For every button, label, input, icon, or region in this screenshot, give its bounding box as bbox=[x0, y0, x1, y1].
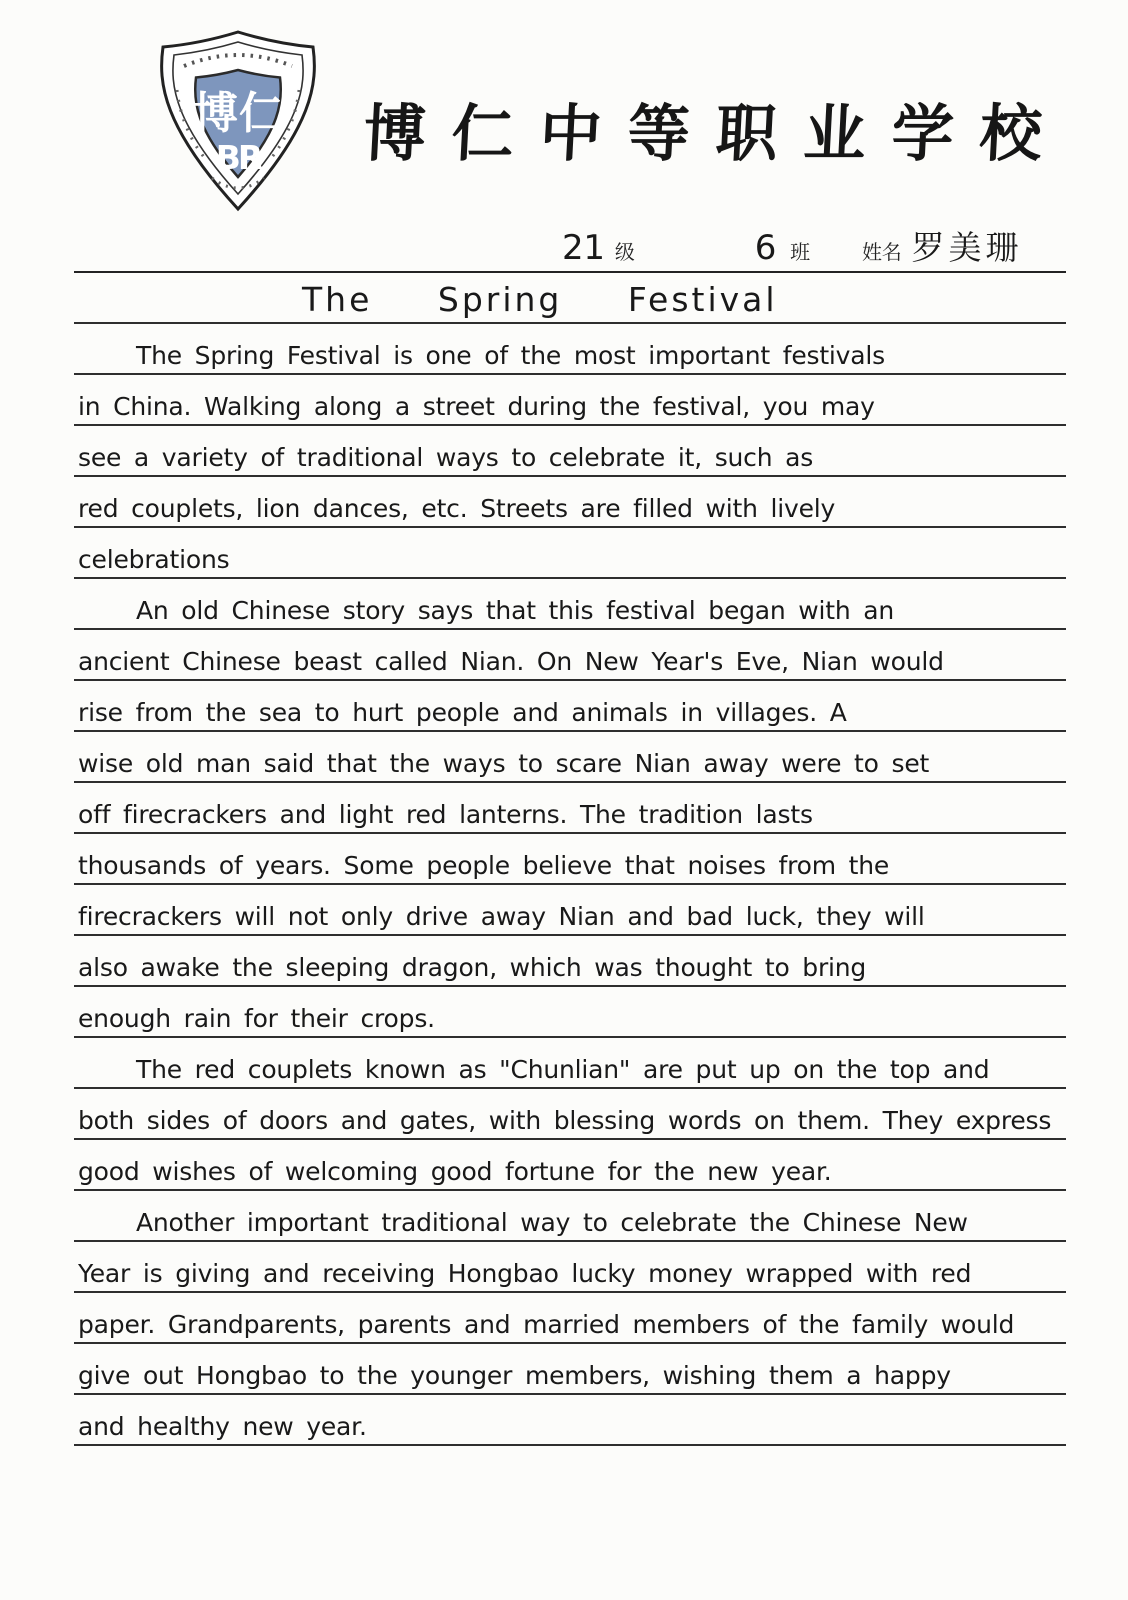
name-label: 姓名 bbox=[862, 236, 902, 265]
essay-line: Another important traditional way to cel… bbox=[74, 1191, 1066, 1242]
essay-line: celebrations bbox=[74, 528, 1066, 579]
essay-line: The Spring Festival is one of the most i… bbox=[74, 324, 1066, 375]
essay-line: ancient Chinese beast called Nian. On Ne… bbox=[74, 630, 1066, 681]
essay-line: firecrackers will not only drive away Ni… bbox=[74, 885, 1066, 936]
name-value: 罗美珊 bbox=[912, 222, 1023, 269]
essay-line: thousands of years. Some people believe … bbox=[74, 834, 1066, 885]
grade-value: 21 bbox=[562, 228, 605, 268]
essay-lines: The Spring Festival is one of the most i… bbox=[74, 324, 1066, 1446]
essay-line: also awake the sleeping dragon, which wa… bbox=[74, 936, 1066, 987]
essay-line: wise old man said that the ways to scare… bbox=[74, 732, 1066, 783]
ruled-sheet: 21 级 6 班 姓名 罗美珊 The Spring Festival The … bbox=[74, 222, 1066, 1446]
class-value: 6 bbox=[755, 228, 776, 268]
essay-title: The Spring Festival bbox=[302, 280, 778, 319]
crest-seal-characters: 博 bbox=[194, 88, 238, 139]
school-name-calligraphy: 博仁中等职业学校 bbox=[362, 84, 1071, 173]
essay-line: red couplets, lion dances, etc. Streets … bbox=[74, 477, 1066, 528]
essay-line: good wishes of welcoming good fortune fo… bbox=[74, 1140, 1066, 1191]
essay-line: give out Hongbao to the younger members,… bbox=[74, 1344, 1066, 1395]
essay-line: Year is giving and receiving Hongbao luc… bbox=[74, 1242, 1066, 1293]
essay-line: both sides of doors and gates, with bles… bbox=[74, 1089, 1066, 1140]
essay-title-row: The Spring Festival bbox=[74, 273, 1066, 324]
essay-line: rise from the sea to hurt people and ani… bbox=[74, 681, 1066, 732]
essay-line: The red couplets known as "Chunlian" are… bbox=[74, 1038, 1066, 1089]
essay-line: An old Chinese story says that this fest… bbox=[74, 579, 1066, 630]
essay-line: see a variety of traditional ways to cel… bbox=[74, 426, 1066, 477]
essay-line: and healthy new year. bbox=[74, 1395, 1066, 1446]
crest-seal-character-right: 仁 bbox=[239, 88, 283, 139]
school-crest-logo: 博 仁 BR bbox=[146, 28, 330, 214]
essay-sheet-page: 博 仁 BR 博仁中等职业学校 21 级 6 班 姓名 罗美珊 The Spri… bbox=[0, 0, 1128, 1600]
student-info-row: 21 级 6 班 姓名 罗美珊 bbox=[74, 222, 1066, 273]
letterhead: 博 仁 BR 博仁中等职业学校 bbox=[146, 28, 1068, 214]
essay-line: in China. Walking along a street during … bbox=[74, 375, 1066, 426]
essay-line: paper. Grandparents, parents and married… bbox=[74, 1293, 1066, 1344]
class-label: 班 bbox=[790, 236, 810, 265]
grade-label: 级 bbox=[615, 236, 635, 265]
crest-latin-monogram: BR bbox=[216, 138, 263, 177]
essay-line: off firecrackers and light red lanterns.… bbox=[74, 783, 1066, 834]
essay-line: enough rain for their crops. bbox=[74, 987, 1066, 1038]
